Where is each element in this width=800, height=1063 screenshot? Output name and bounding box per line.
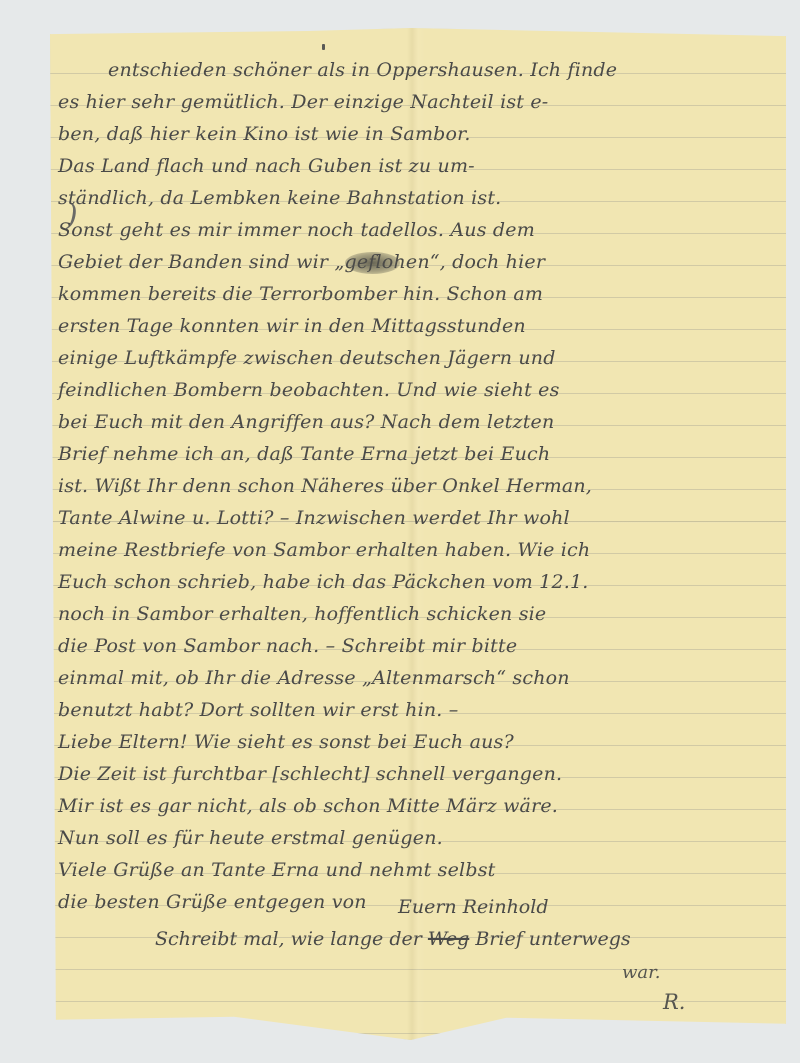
letter-line: Euch schon schrieb, habe ich das Päckche… — [58, 566, 778, 598]
letter-line: es hier sehr gemütlich. Der einzige Nach… — [58, 86, 778, 118]
signature: Euern Reinhold — [398, 896, 549, 918]
postscript-initial: R. — [663, 990, 686, 1014]
letter-line: ersten Tage konnten wir in den Mittagsst… — [58, 310, 778, 342]
letter-line: feindlichen Bombern beobachten. Und wie … — [58, 374, 778, 406]
crossed-out-word: Weg — [428, 928, 469, 950]
letter-line: ist. Wißt Ihr denn schon Näheres über On… — [58, 470, 778, 502]
letter-line: Gebiet der Banden sind wir „geflohen“, d… — [58, 246, 778, 278]
letter-line: einige Luftkämpfe zwischen deutschen Jäg… — [58, 342, 778, 374]
letter-body: entschieden schöner als in Oppershausen.… — [58, 54, 778, 918]
letter-line: Tante Alwine u. Lotti? – Inzwischen werd… — [58, 502, 778, 534]
letter-line: benutzt habt? Dort sollten wir erst hin.… — [58, 694, 778, 726]
letter-line: Das Land flach und nach Guben ist zu um- — [58, 150, 778, 182]
postscript-line: Schreibt mal, wie lange der Weg Brief un… — [155, 928, 631, 950]
letter-line: ben, daß hier kein Kino ist wie in Sambo… — [58, 118, 778, 150]
letter-line: Sonst geht es mir immer noch tadellos. A… — [58, 214, 778, 246]
letter-line: Nun soll es für heute erstmal genügen. — [58, 822, 778, 854]
ink-dot — [322, 44, 325, 50]
letter-line: noch in Sambor erhalten, hoffentlich sch… — [58, 598, 778, 630]
postscript-end: war. — [622, 962, 661, 983]
postscript-text-start: Schreibt mal, wie lange der — [155, 928, 422, 950]
letter-line: ständlich, da Lembken keine Bahnstation … — [58, 182, 778, 214]
letter-line: Mir ist es gar nicht, als ob schon Mitte… — [58, 790, 778, 822]
letter-line: einmal mit, ob Ihr die Adresse „Altenmar… — [58, 662, 778, 694]
letter-line: bei Euch mit den Angriffen aus? Nach dem… — [58, 406, 778, 438]
letter-line: kommen bereits die Terrorbomber hin. Sch… — [58, 278, 778, 310]
letter-line: meine Restbriefe von Sambor erhalten hab… — [58, 534, 778, 566]
letter-line: Die Zeit ist furchtbar [schlecht] schnel… — [58, 758, 778, 790]
letter-line: die Post von Sambor nach. – Schreibt mir… — [58, 630, 778, 662]
letter-line: Viele Grüße an Tante Erna und nehmt selb… — [58, 854, 778, 886]
letter-line: Liebe Eltern! Wie sieht es sonst bei Euc… — [58, 726, 778, 758]
letter-line: entschieden schöner als in Oppershausen.… — [58, 54, 778, 86]
letter-line: Brief nehme ich an, daß Tante Erna jetzt… — [58, 438, 778, 470]
postscript-text-end: Brief unterwegs — [475, 928, 630, 950]
